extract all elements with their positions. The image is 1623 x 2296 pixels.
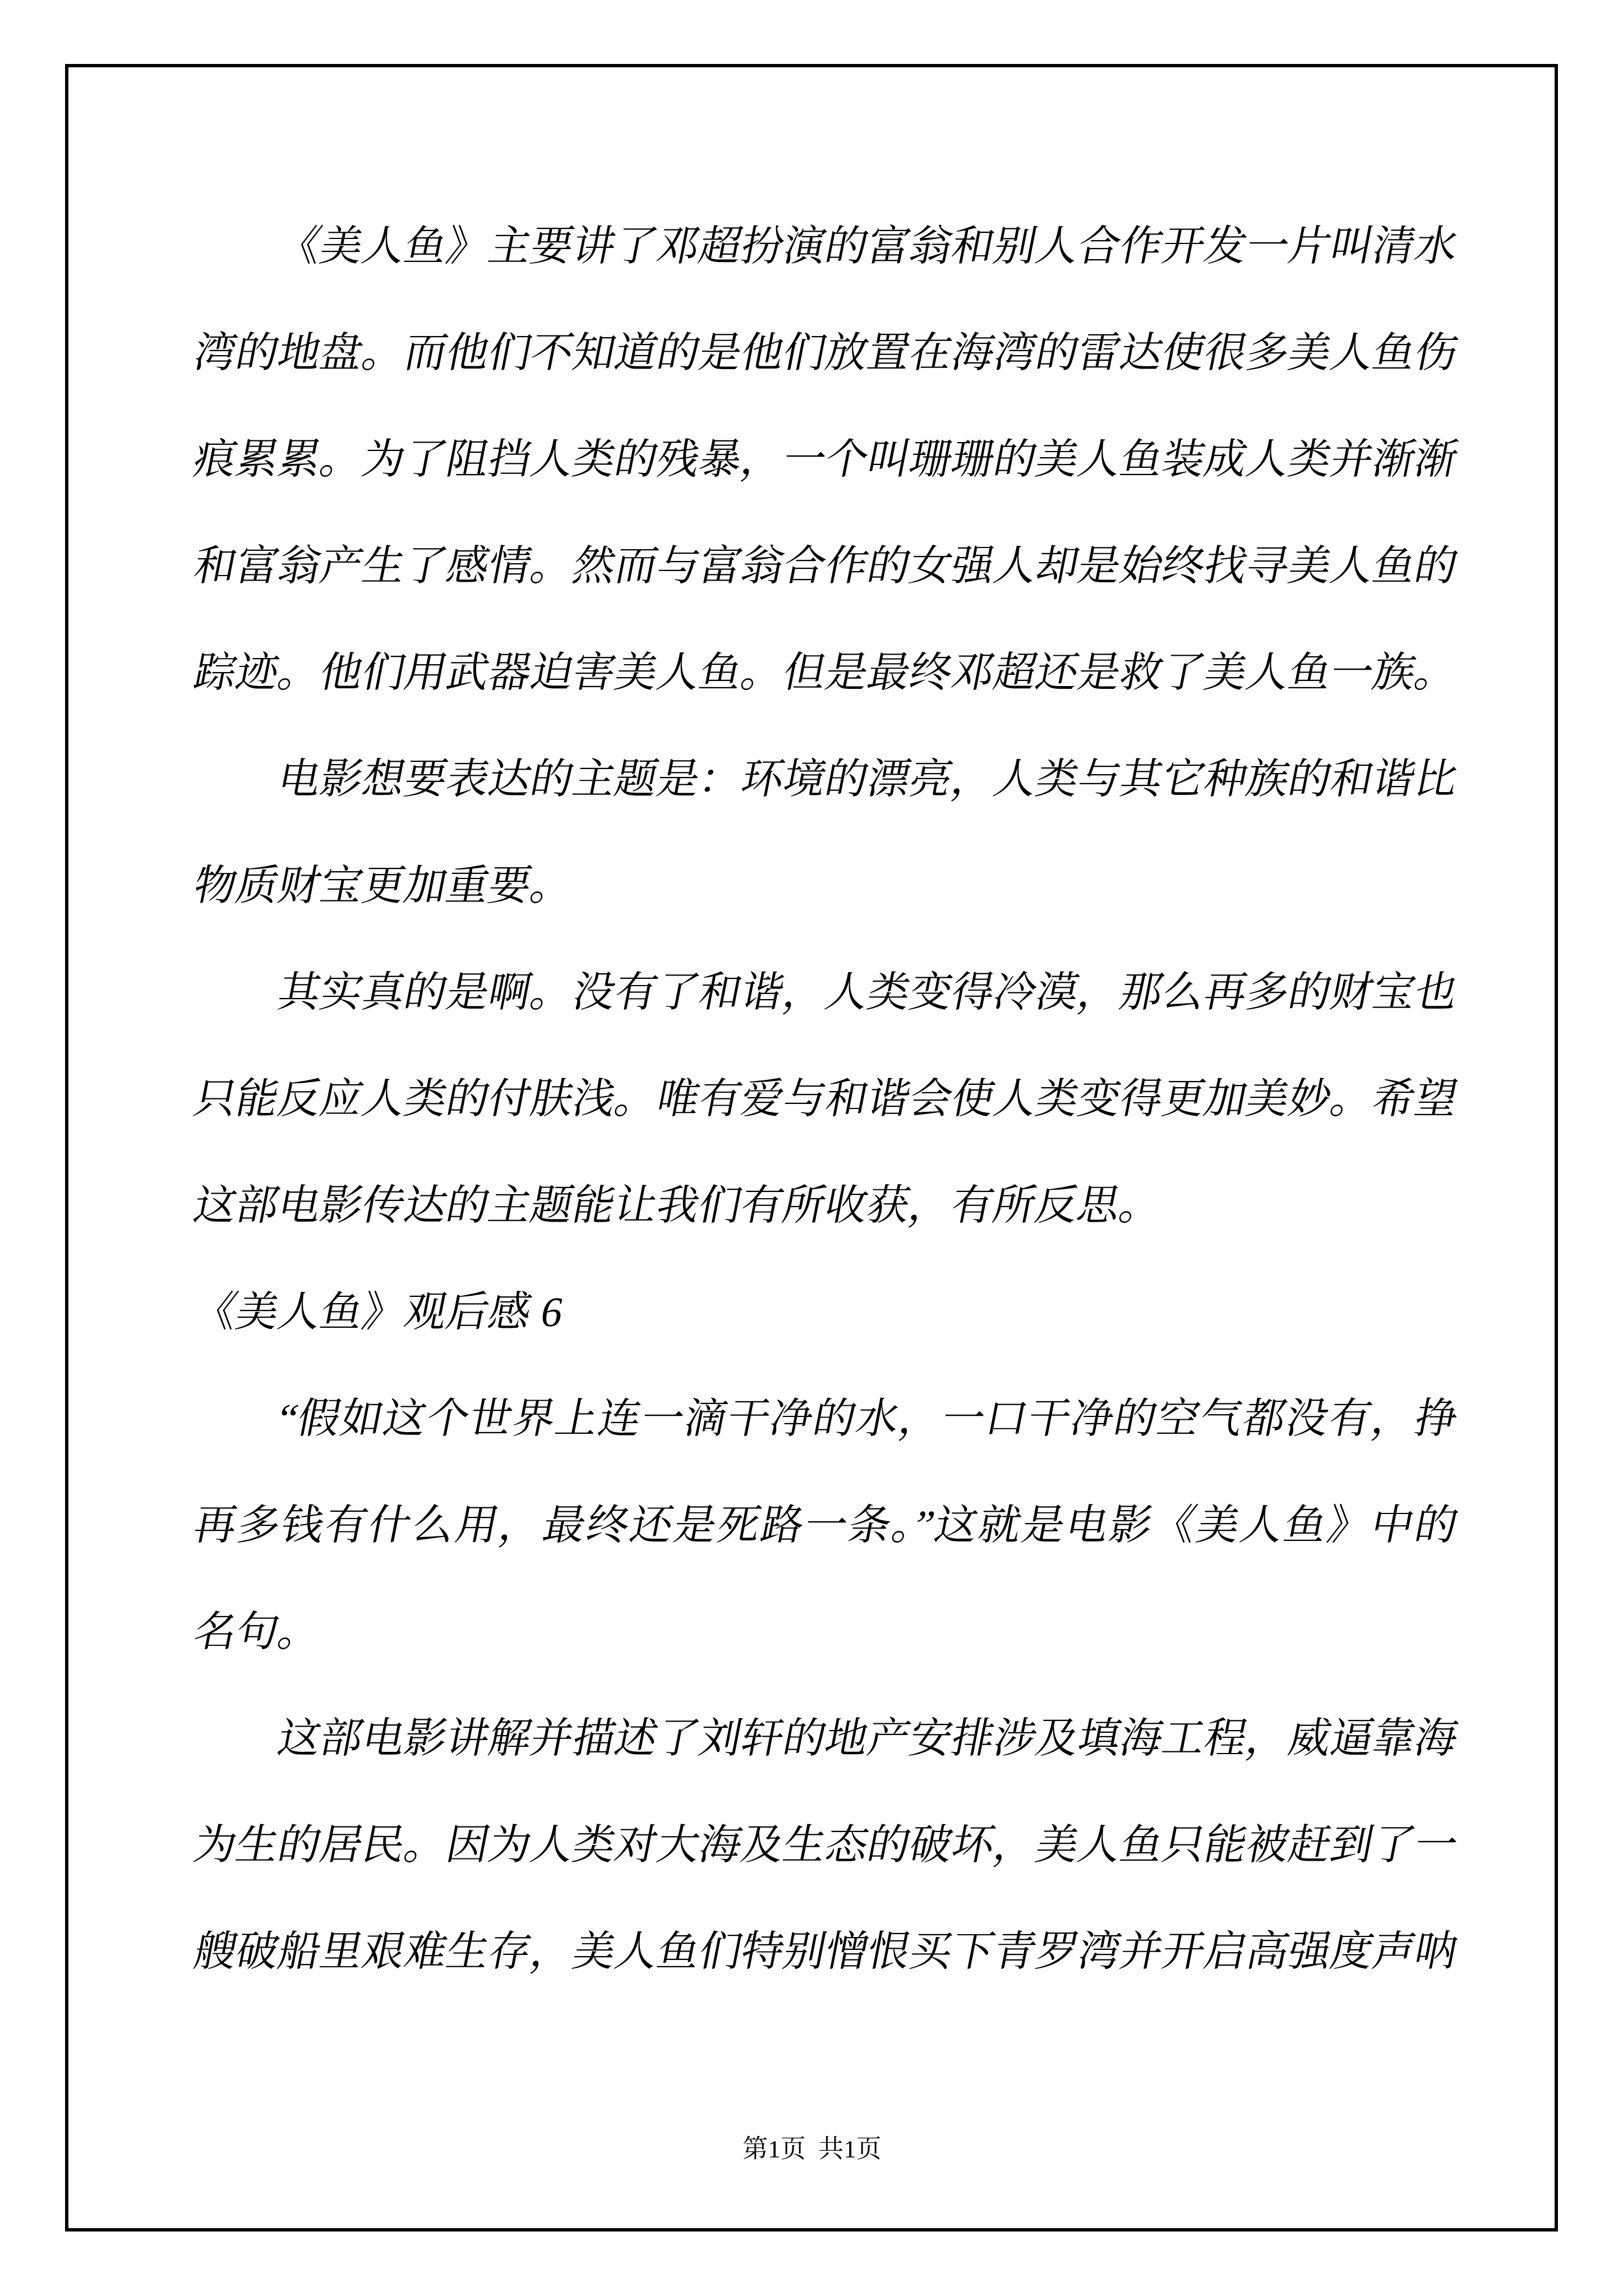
text-line: 和富翁产生了感情。然而与富翁合作的女强人却是始终找寻美人鱼的 <box>190 542 1462 591</box>
text-line: 其实真的是啊。没有了和谐，人类变得冷漠，那么再多的财宝也 <box>190 968 1462 1018</box>
text-line: 名句。 <box>190 1608 1462 1657</box>
text-line: 再多钱有什么用，最终还是死路一条。”这就是电影《美人鱼》中的 <box>190 1501 1462 1550</box>
text-line: 为生的居民。因为人类对大海及生态的破坏，美人鱼只能被赶到了一 <box>190 1821 1462 1870</box>
text-line: 《美人鱼》主要讲了邓超扮演的富翁和别人合作开发一片叫清水 <box>190 222 1462 272</box>
text-line: 物质财宝更加重要。 <box>190 862 1462 911</box>
text-line: 这部电影讲解并描述了刘轩的地产安排涉及填海工程，威逼靠海 <box>190 1714 1462 1764</box>
page-footer: 第1页 共1页 <box>66 2133 1558 2165</box>
document-page: 《美人鱼》主要讲了邓超扮演的富翁和别人合作开发一片叫清水 湾的地盘。而他们不知道… <box>0 0 1623 2296</box>
text-line: 踪迹。他们用武器迫害美人鱼。但是最终邓超还是救了美人鱼一族。 <box>190 648 1462 698</box>
text-line: “假如这个世界上连一滴干净的水，一口干净的空气都没有，挣 <box>190 1395 1462 1444</box>
text-line: 只能反应人类的付肤浅。唯有爱与和谐会使人类变得更加美妙。希望 <box>190 1075 1462 1124</box>
text-line: 电影想要表达的主题是：环境的漂亮，人类与其它种族的和谐比 <box>190 755 1462 804</box>
text-line: 这部电影传达的主题能让我们有所收获，有所反思。 <box>190 1181 1462 1231</box>
text-line section-heading: 《美人鱼》观后感 6 <box>190 1288 1462 1337</box>
page-border-frame <box>65 64 1558 2231</box>
text-line: 痕累累。为了阻挡人类的残暴，一个叫珊珊的美人鱼装成人类并渐渐 <box>190 435 1462 485</box>
text-line: 艘破船里艰难生存，美人鱼们特别憎恨买下青罗湾并开启高强度声呐 <box>190 1927 1462 1977</box>
text-line: 湾的地盘。而他们不知道的是他们放置在海湾的雷达使很多美人鱼伤 <box>190 329 1462 378</box>
